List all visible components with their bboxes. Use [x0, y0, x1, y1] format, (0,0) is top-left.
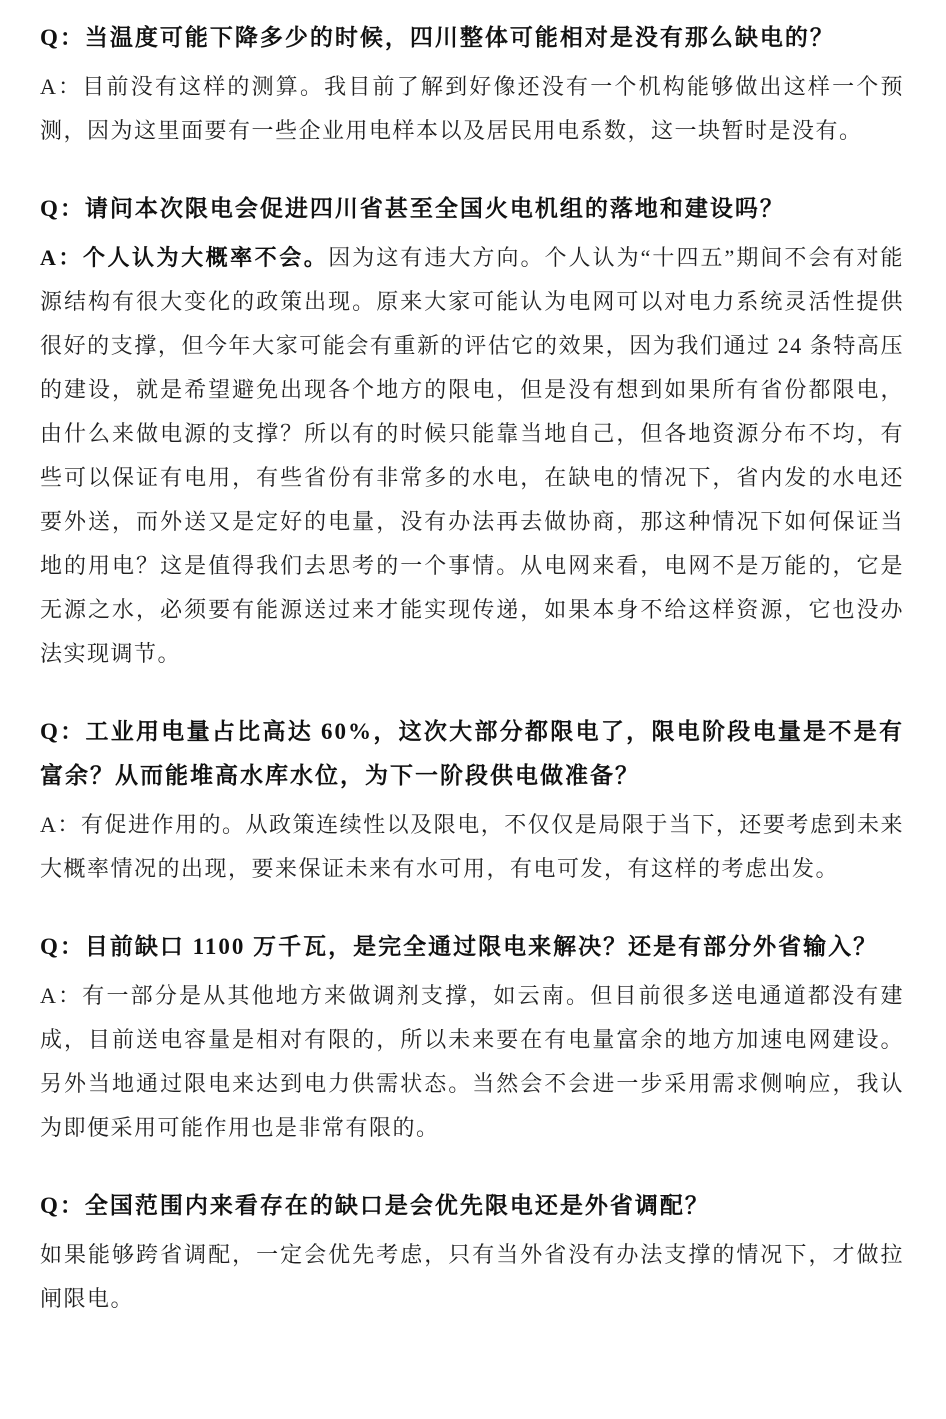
question-text: Q：全国范围内来看存在的缺口是会优先限电还是外省调配？ [40, 1184, 904, 1228]
qa-block: Q：当温度可能下降多少的时候，四川整体可能相对是没有那么缺电的？ A：目前没有这… [40, 16, 904, 153]
answer-text: A：目前没有这样的测算。我目前了解到好像还没有一个机构能够做出这样一个预测，因为… [40, 65, 904, 153]
question-text: Q：请问本次限电会促进四川省甚至全国火电机组的落地和建设吗？ [40, 187, 904, 231]
answer-text: A：有一部分是从其他地方来做调剂支撑，如云南。但目前很多送电通道都没有建成，目前… [40, 974, 904, 1150]
answer-body: 因为这有违大方向。个人认为“十四五”期间不会有对能源结构有很大变化的政策出现。原… [40, 245, 904, 666]
qa-block: Q：工业用电量占比高达 60%，这次大部分都限电了，限电阶段电量是不是有富余？从… [40, 710, 904, 891]
answer-body: A：有促进作用的。从政策连续性以及限电，不仅仅是局限于当下，还要考虑到未来大概率… [40, 812, 904, 881]
answer-lead: A：个人认为大概率不会。 [40, 245, 328, 270]
answer-body: A：目前没有这样的测算。我目前了解到好像还没有一个机构能够做出这样一个预测，因为… [40, 74, 904, 143]
question-text: Q：当温度可能下降多少的时候，四川整体可能相对是没有那么缺电的？ [40, 16, 904, 60]
answer-text: 如果能够跨省调配，一定会优先考虑，只有当外省没有办法支撑的情况下，才做拉闸限电。 [40, 1233, 904, 1321]
question-text: Q：目前缺口 1100 万千瓦，是完全通过限电来解决？还是有部分外省输入？ [40, 925, 904, 969]
qa-block: Q：全国范围内来看存在的缺口是会优先限电还是外省调配？ 如果能够跨省调配，一定会… [40, 1184, 904, 1321]
document-page: Q：当温度可能下降多少的时候，四川整体可能相对是没有那么缺电的？ A：目前没有这… [0, 0, 946, 1419]
answer-body: A：有一部分是从其他地方来做调剂支撑，如云南。但目前很多送电通道都没有建成，目前… [40, 983, 904, 1140]
answer-text: A：个人认为大概率不会。因为这有违大方向。个人认为“十四五”期间不会有对能源结构… [40, 236, 904, 676]
answer-body: 如果能够跨省调配，一定会优先考虑，只有当外省没有办法支撑的情况下，才做拉闸限电。 [40, 1242, 904, 1311]
answer-text: A：有促进作用的。从政策连续性以及限电，不仅仅是局限于当下，还要考虑到未来大概率… [40, 803, 904, 891]
qa-block: Q：目前缺口 1100 万千瓦，是完全通过限电来解决？还是有部分外省输入？ A：… [40, 925, 904, 1150]
question-text: Q：工业用电量占比高达 60%，这次大部分都限电了，限电阶段电量是不是有富余？从… [40, 710, 904, 798]
qa-block: Q：请问本次限电会促进四川省甚至全国火电机组的落地和建设吗？ A：个人认为大概率… [40, 187, 904, 676]
